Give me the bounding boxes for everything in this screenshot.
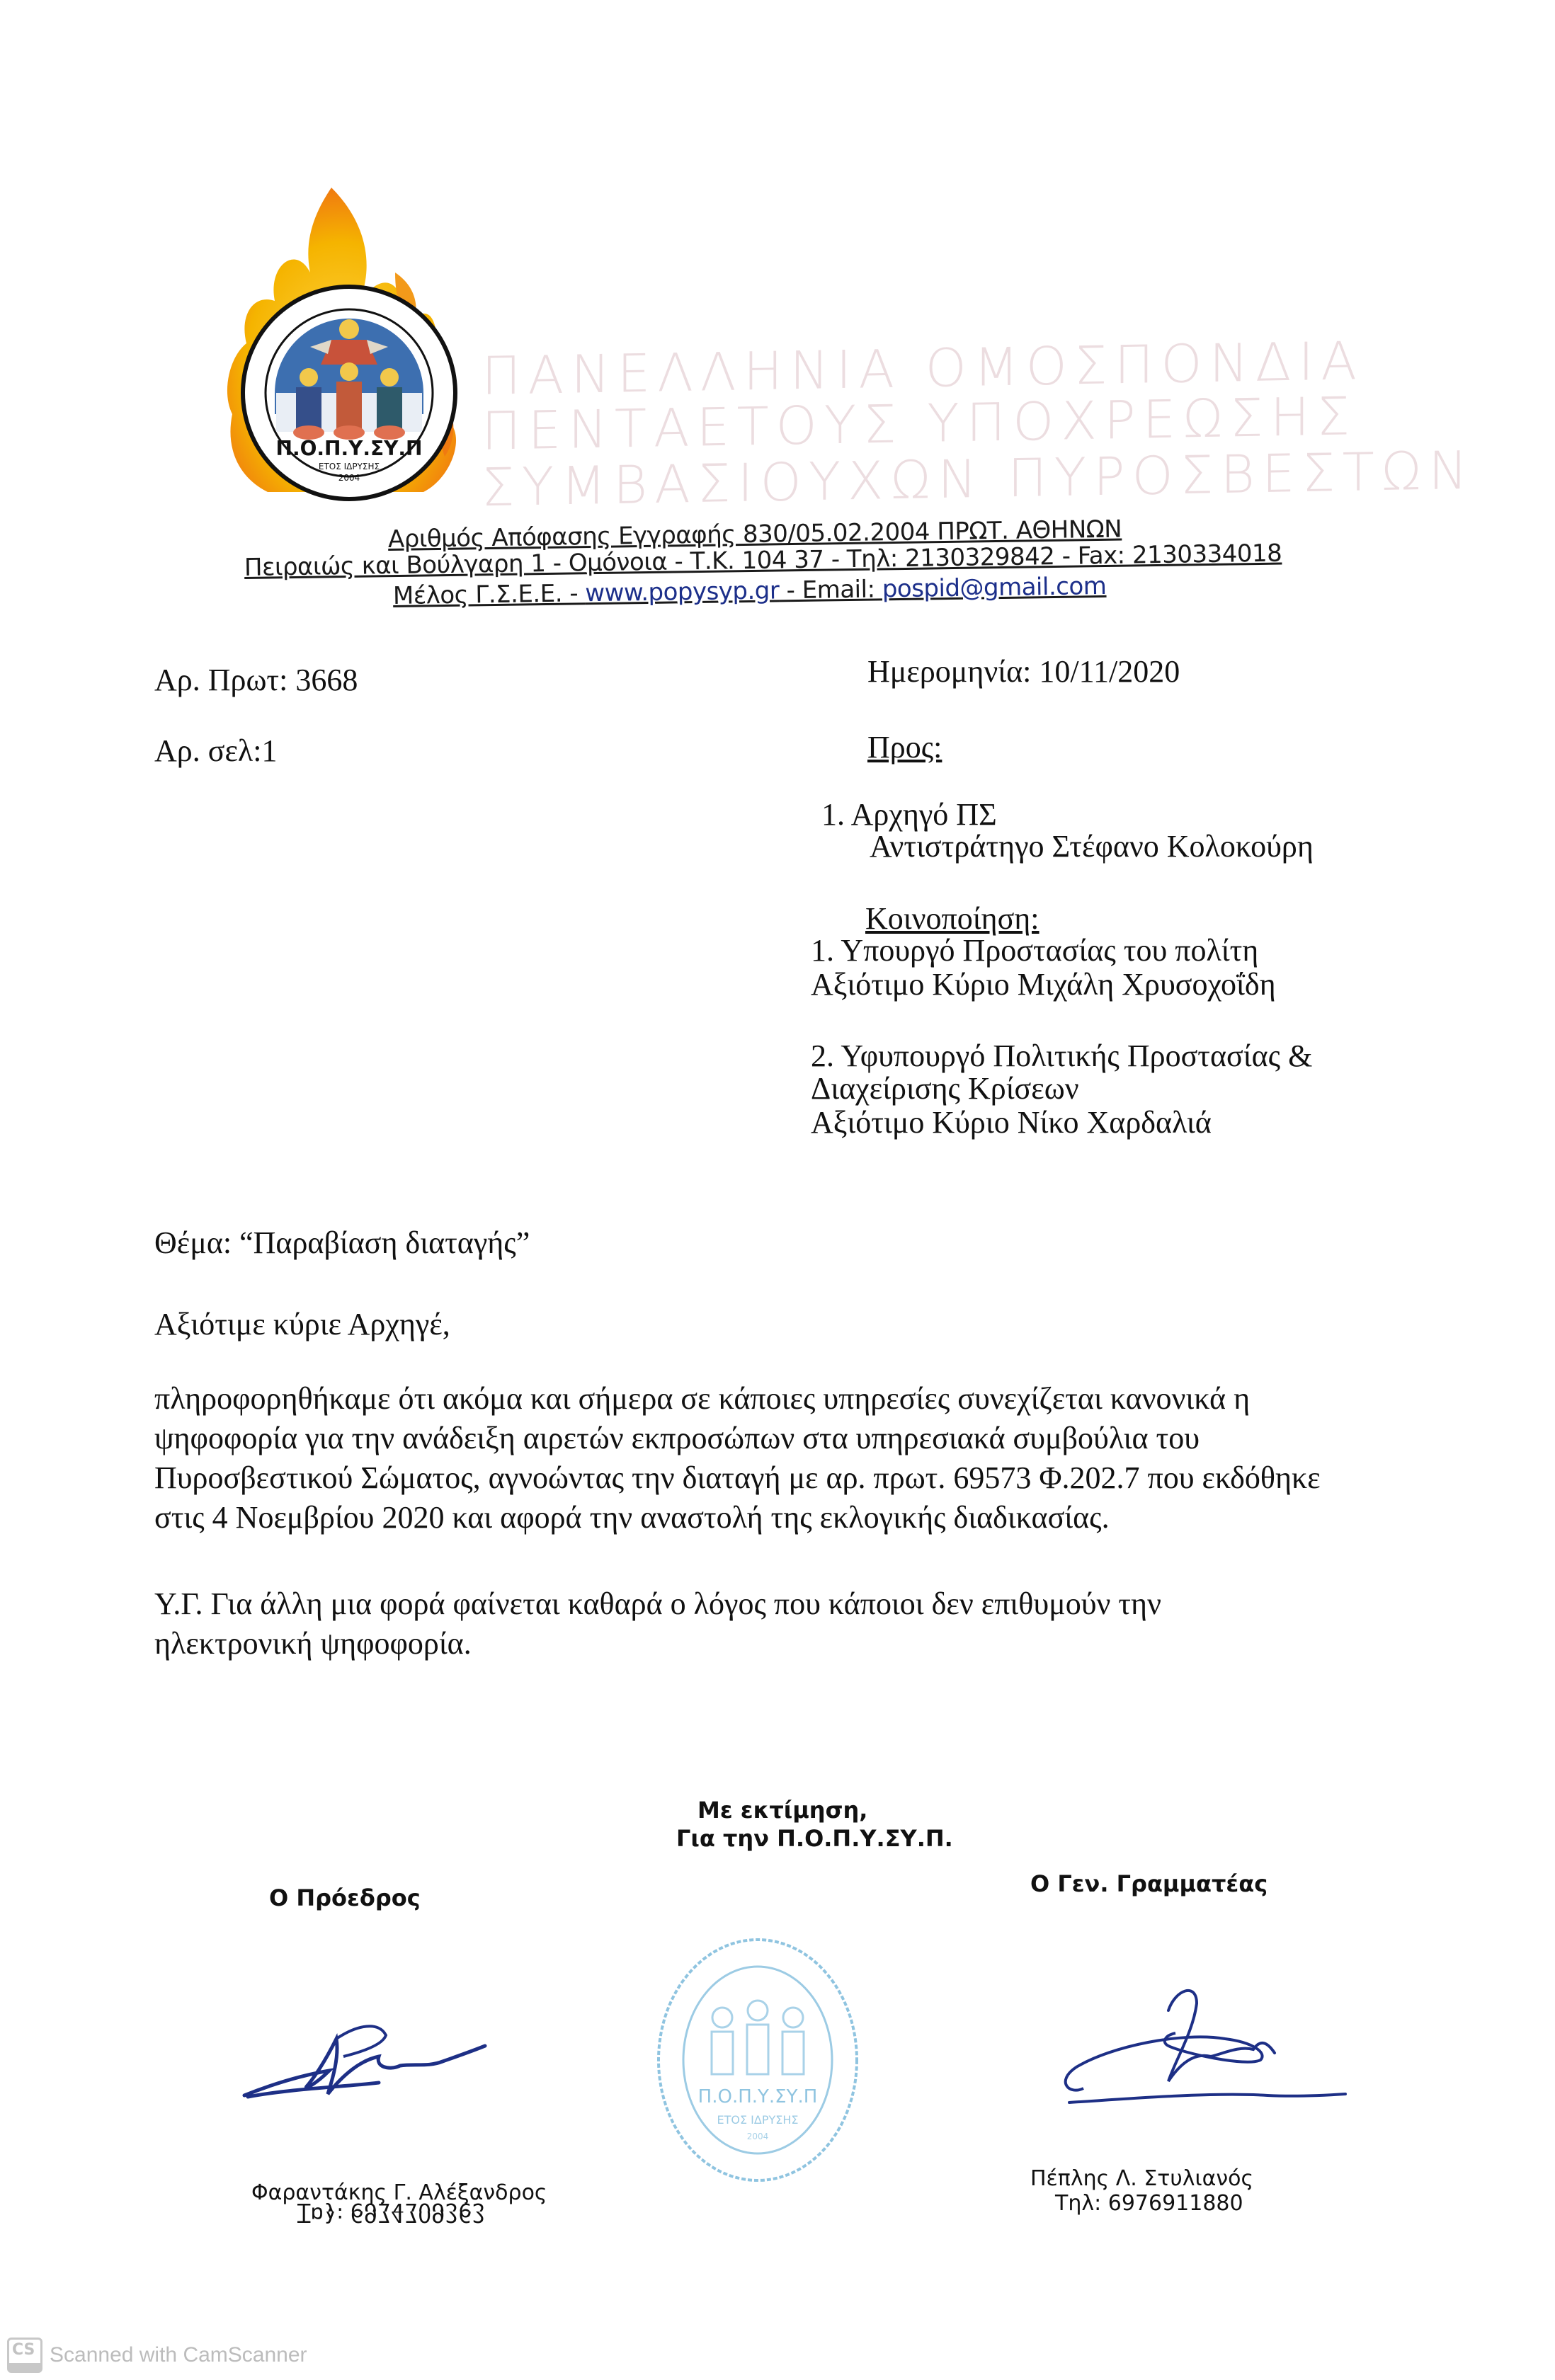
svg-text:2004: 2004 <box>747 2132 769 2141</box>
postscript: Υ.Γ. Για άλλη μια φορά φαίνεται καθαρά ο… <box>154 1584 1287 1664</box>
email-link[interactable]: pospid@gmail.com <box>882 572 1107 603</box>
signature-scribble-icon <box>1041 1975 1437 2124</box>
president-phone-mirror: Τηλ: 6974709262 <box>297 2212 486 2226</box>
cc-recipient-name: Αξιότιμο Κύριο Μιχάλη Χρυσοχοΐδη <box>811 966 1276 1002</box>
president-signature <box>237 2018 535 2102</box>
on-behalf-of: Για την Π.Ο.Π.Υ.ΣΥ.Π. <box>676 1825 953 1852</box>
cc-label: Κοινοποίηση: <box>865 900 1039 937</box>
secretary-name: Πέπλης Λ. Στυλιανός <box>1030 2166 1253 2191</box>
organization-stamp: Π.Ο.Π.Υ.ΣΥ.Π ΕΤΟΣ ΙΔΡΥΣΗΣ 2004 <box>630 1911 885 2209</box>
svg-text:2004: 2004 <box>338 473 360 483</box>
document-date: Ημερομηνία: 10/11/2020 <box>867 653 1180 690</box>
camscanner-logo-icon: CS <box>7 2338 42 2373</box>
badge-bar <box>9 2363 40 2371</box>
ps-line: Υ.Γ. Για άλλη μια φορά φαίνεται καθαρά ο… <box>154 1584 1287 1624</box>
flame-seal-icon: Π.Ο.Π.Υ.ΣΥ.Π ΕΤΟΣ ΙΔΡΥΣΗΣ 2004 <box>225 181 466 513</box>
body-line: πληροφορηθήκαμε ότι ακόμα και σήμερα σε … <box>154 1379 1358 1419</box>
salutation: Αξιότιμε κύριε Αρχηγέ, <box>154 1306 450 1342</box>
secretary-phone: Τηλ: 6976911880 <box>1055 2191 1243 2216</box>
camscanner-badge-text: CS <box>12 2341 35 2359</box>
president-phone-fold: Τηλ: 6974709262 <box>297 2212 486 2227</box>
signature-scribble-icon <box>237 2018 535 2102</box>
cc-recipient-title: 2. Υφυπουργό Πολιτικής Προστασίας & <box>811 1038 1312 1074</box>
stamp-seal-icon: Π.Ο.Π.Υ.ΣΥ.Π ΕΤΟΣ ΙΔΡΥΣΗΣ 2004 <box>630 1911 885 2209</box>
cc-recipient-name: Αξιότιμο Κύριο Νίκο Χαρδαλιά <box>811 1104 1212 1140</box>
svg-text:Π.Ο.Π.Υ.ΣΥ.Π: Π.Ο.Π.Υ.ΣΥ.Π <box>698 2086 818 2107</box>
president-title: Ο Πρόεδρος <box>269 1884 421 1911</box>
letter-body: πληροφορηθήκαμε ότι ακόμα και σήμερα σε … <box>154 1379 1358 1538</box>
body-line: στις 4 Νοεμβρίου 2020 και αφορά την ανασ… <box>154 1498 1358 1538</box>
recipient-title: 1. Αρχηγό ΠΣ <box>821 796 997 833</box>
body-line: ψηφοφορία για την ανάδειξη αιρετών εκπρο… <box>154 1419 1358 1458</box>
svg-text:ΕΤΟΣ ΙΔΡΥΣΗΣ: ΕΤΟΣ ΙΔΡΥΣΗΣ <box>319 462 380 471</box>
letter-subject: Θέμα: “Παραβίαση διαταγής” <box>154 1225 530 1261</box>
organization-logo: Π.Ο.Π.Υ.ΣΥ.Π ΕΤΟΣ ΙΔΡΥΣΗΣ 2004 <box>225 181 466 513</box>
cc-recipient-title: 1. Υπουργό Προστασίας του πολίτη <box>811 932 1258 968</box>
to-label: Προς: <box>867 729 942 765</box>
member-label: Μέλος Γ.Σ.Ε.Ε. - <box>393 579 586 610</box>
closing: Με εκτίμηση, <box>697 1797 867 1824</box>
protocol-number: Αρ. Πρωτ: 3668 <box>154 662 358 698</box>
email-label: - Email: <box>779 575 882 605</box>
svg-text:Π.Ο.Π.Υ.ΣΥ.Π: Π.Ο.Π.Υ.ΣΥ.Π <box>276 437 423 460</box>
watermark-text: Scanned with CamScanner <box>50 2343 307 2367</box>
secretary-signature <box>1041 1975 1437 2124</box>
cc-recipient-title-cont: Διαχείρισης Κρίσεων <box>811 1070 1079 1106</box>
scanner-watermark: CS Scanned with CamScanner <box>7 2338 307 2373</box>
ps-line: ηλεκτρονική ψηφοφορία. <box>154 1624 1287 1664</box>
page-count: Αρ. σελ:1 <box>154 733 278 769</box>
website-link[interactable]: www.popysyp.gr <box>585 576 780 607</box>
body-line: Πυροσβεστικού Σώματος, αγνοώντας την δια… <box>154 1458 1358 1498</box>
recipient-name: Αντιστράτηγο Στέφανο Κολοκούρη <box>870 828 1314 864</box>
svg-text:ΕΤΟΣ ΙΔΡΥΣΗΣ: ΕΤΟΣ ΙΔΡΥΣΗΣ <box>717 2113 798 2127</box>
secretary-title: Ο Γεν. Γραμματέας <box>1030 1870 1268 1897</box>
president-phone: Τηλ: 6974709262 <box>297 2200 486 2212</box>
